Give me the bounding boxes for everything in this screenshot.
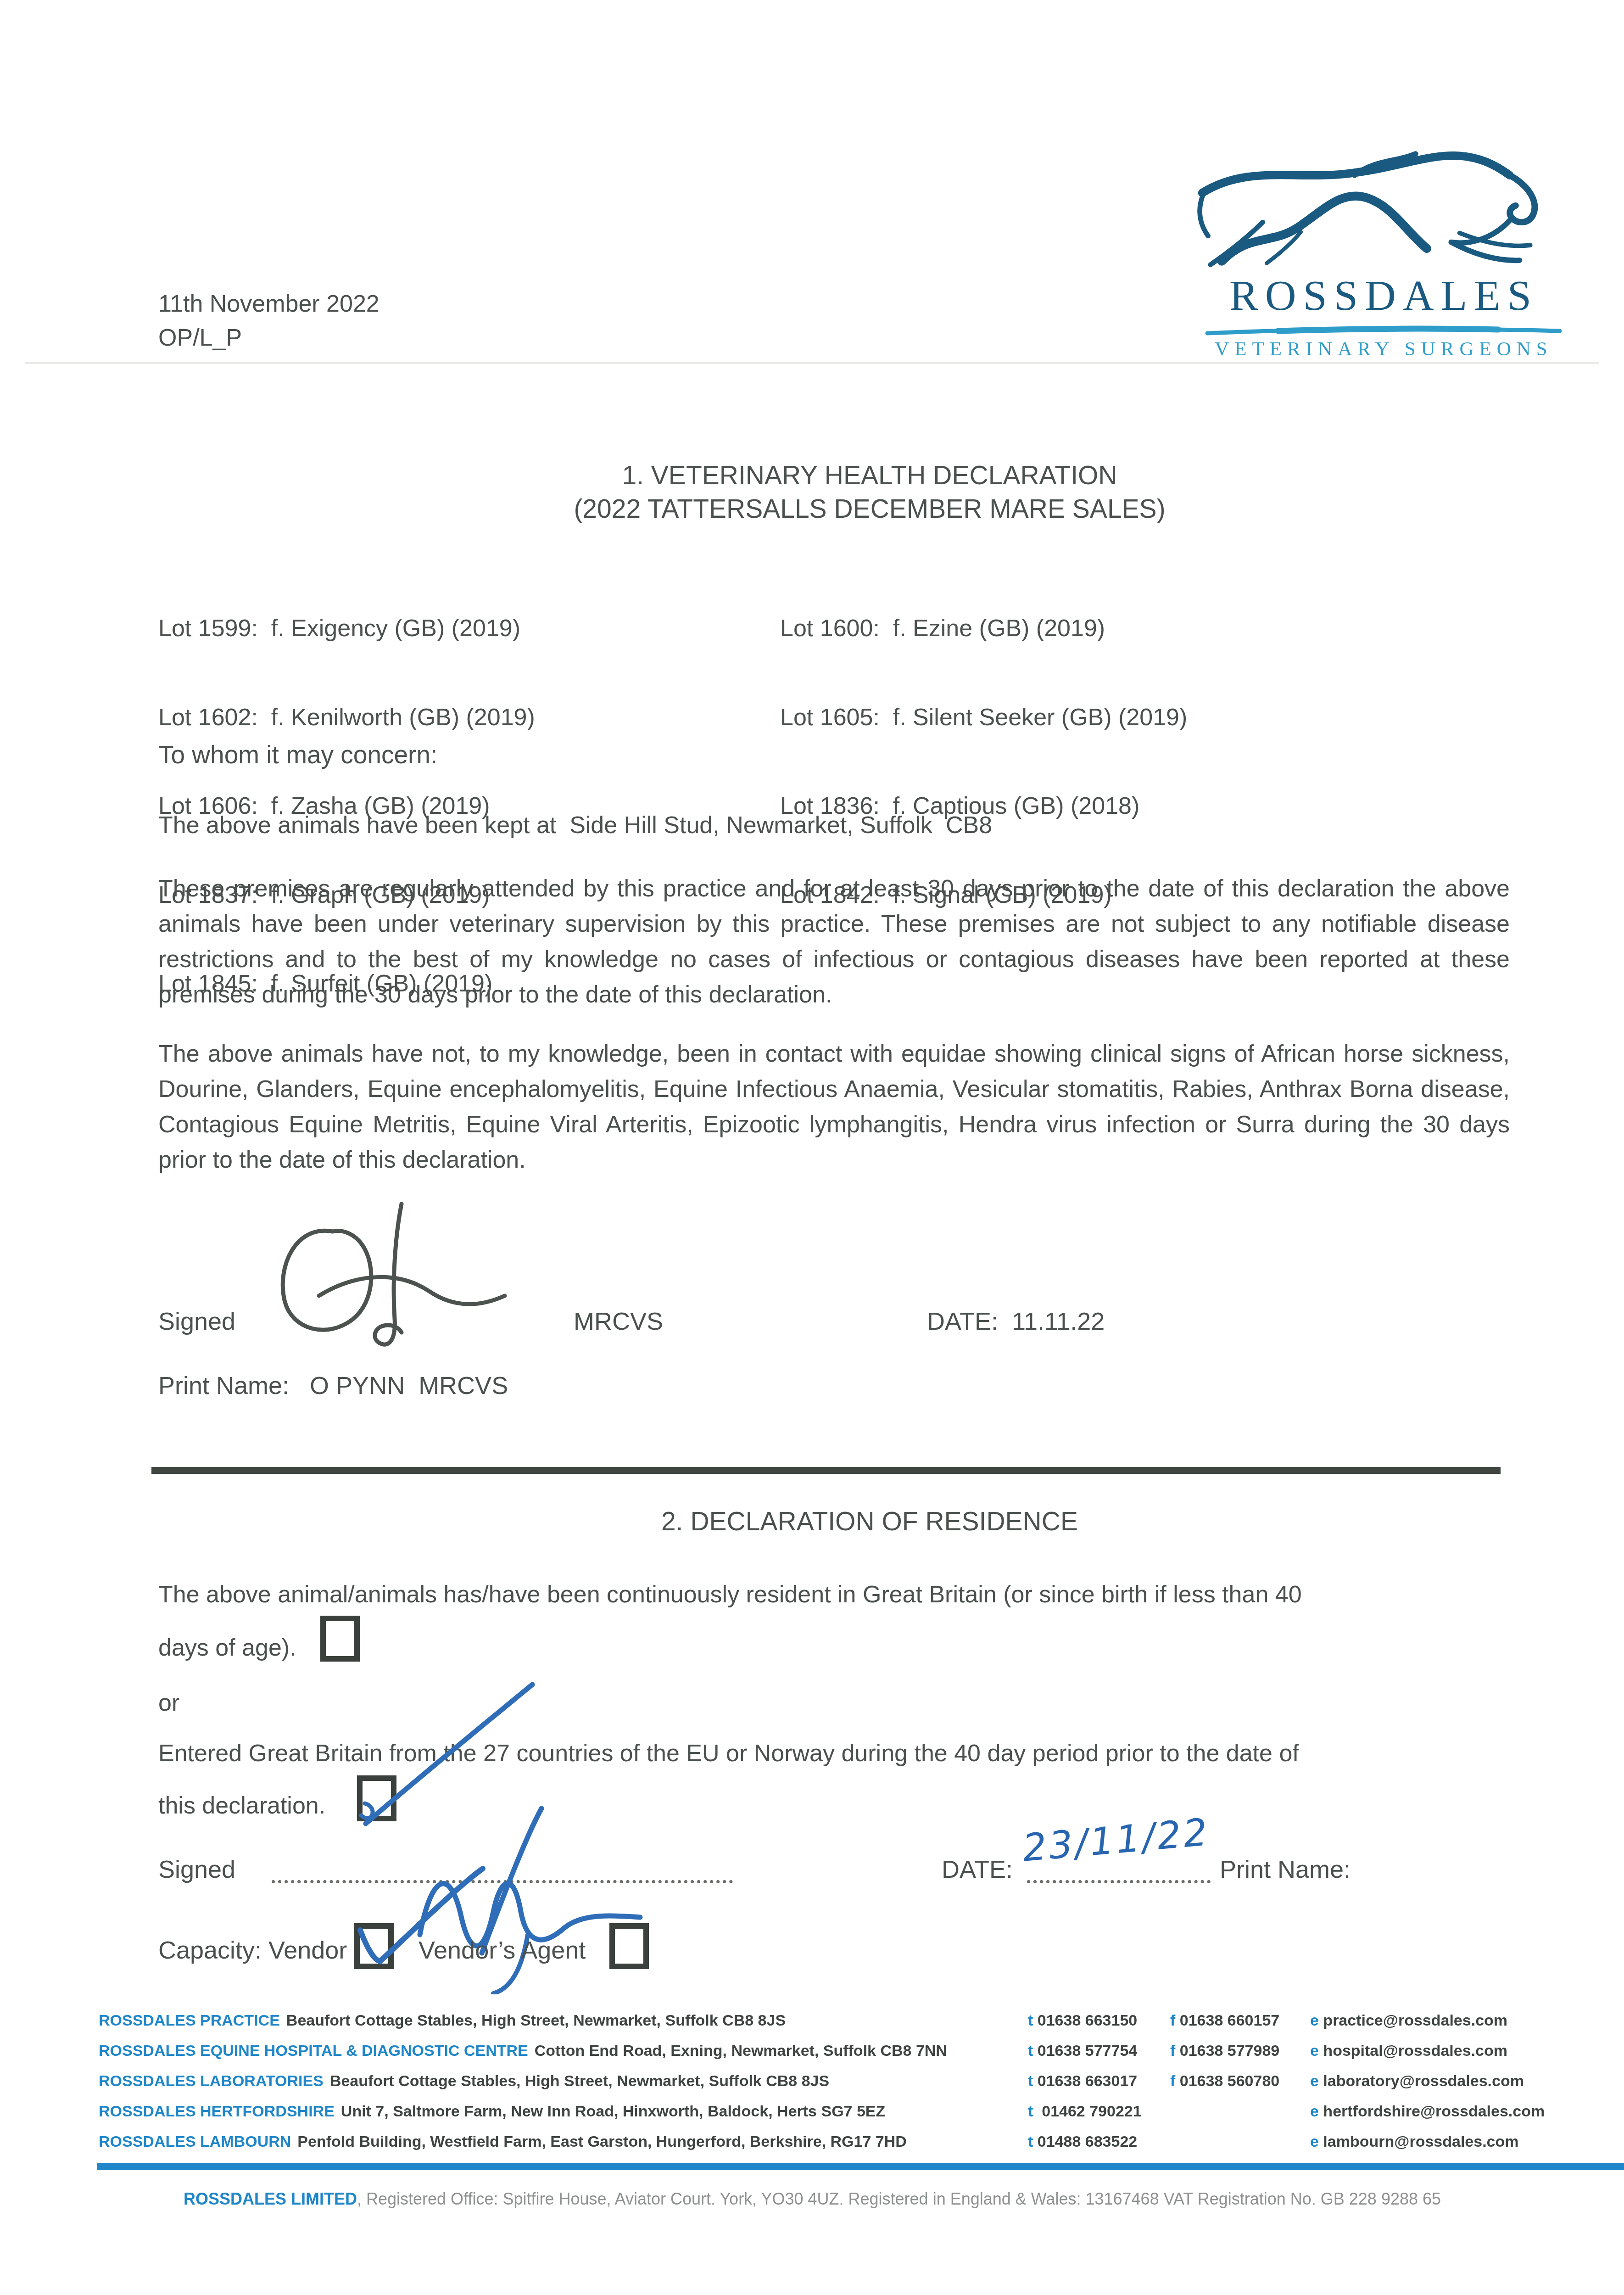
email-entry: e hospital@rossdales.com: [1310, 2042, 1507, 2060]
fax-number: 01638 560780: [1175, 2072, 1279, 2090]
email-address: hertfordshire@rossdales.com: [1319, 2103, 1545, 2120]
location-name: ROSSDALES LABORATORIES: [99, 2072, 324, 2090]
tel-prefix: t: [1028, 2133, 1033, 2150]
fax-entry: f 01638 577989: [1170, 2042, 1279, 2060]
kept-at-line: The above animals have been kept at Side…: [158, 812, 992, 839]
print-name-line: Print Name: O PYNN MRCVS: [158, 1371, 508, 1400]
fax-prefix: f: [1170, 2012, 1175, 2029]
fax-entry: f 01638 660157: [1170, 2012, 1279, 2030]
residence-option2-line2: this declaration.: [158, 1792, 325, 1819]
email-address: laboratory@rossdales.com: [1319, 2072, 1524, 2090]
section1-title: 1. VETERINARY HEALTH DECLARATION: [193, 460, 1546, 491]
phone-entry: t 01638 663150: [1028, 2012, 1137, 2030]
email-entry: e practice@rossdales.com: [1310, 2012, 1507, 2030]
tel-prefix: t: [1028, 2103, 1033, 2120]
tel-number: 01488 683522: [1033, 2133, 1137, 2150]
section-divider: [151, 1467, 1501, 1474]
fax-prefix: f: [1170, 2042, 1175, 2060]
letterhead-rule: [25, 362, 1599, 364]
signed-label-2: Signed: [158, 1855, 235, 1884]
tel-prefix: t: [1028, 2042, 1033, 2060]
location-name: ROSSDALES HERTFORDSHIRE: [99, 2103, 335, 2120]
letter-date: 11th November 2022: [158, 290, 379, 318]
lot-item: Lot 1605: f. Silent Seeker (GB) (2019): [780, 703, 1187, 733]
premises-paragraph: These premises are regularly attended by…: [158, 871, 1510, 1013]
email-prefix: e: [1310, 2072, 1319, 2090]
email-entry: e laboratory@rossdales.com: [1310, 2072, 1524, 2090]
email-entry: e hertfordshire@rossdales.com: [1310, 2103, 1545, 2121]
phone-entry: t 01488 683522: [1028, 2133, 1137, 2151]
location-name: ROSSDALES PRACTICE: [99, 2012, 280, 2029]
fax-number: 01638 660157: [1175, 2012, 1279, 2029]
fax-number: 01638 577989: [1175, 2042, 1279, 2060]
or-label: or: [158, 1689, 179, 1717]
agent-checkbox[interactable]: [609, 1923, 649, 1969]
email-prefix: e: [1310, 2103, 1319, 2120]
agent-label: Vendor’s Agent: [419, 1936, 586, 1965]
tel-number: 01462 790221: [1033, 2103, 1141, 2120]
email-prefix: e: [1310, 2042, 1319, 2060]
location-address: Cotton End Road, Exning, Newmarket, Suff…: [535, 2042, 947, 2060]
capacity-label: Capacity: Vendor: [158, 1936, 347, 1965]
signed-label: Signed: [158, 1307, 235, 1336]
reference-code: OP/L_P: [158, 324, 242, 352]
salutation: To whom it may concern:: [158, 740, 437, 769]
logo-tagline: VETERINARY SURGEONS: [1201, 338, 1566, 360]
residence-option1-line2: days of age).: [158, 1634, 296, 1662]
lot-item: Lot 1600: f. Ezine (GB) (2019): [780, 614, 1187, 644]
email-entry: e lambourn@rossdales.com: [1310, 2133, 1519, 2151]
registered-company-name: ROSSDALES LIMITED: [184, 2189, 357, 2208]
fax-entry: f 01638 560780: [1170, 2072, 1279, 2090]
email-prefix: e: [1310, 2012, 1319, 2029]
registered-line: ROSSDALES LIMITED, Registered Office: Sp…: [55, 2189, 1569, 2209]
tel-prefix: t: [1028, 2072, 1033, 2090]
footer-row: ROSSDALES LAMBOURNPenfold Building, West…: [99, 2133, 1624, 2151]
footer-row: ROSSDALES PRACTICEBeaufort Cottage Stabl…: [99, 2012, 1624, 2030]
mrcvs-label: MRCVS: [574, 1307, 663, 1336]
email-prefix: e: [1310, 2133, 1319, 2150]
registered-details: , Registered Office: Spitfire House, Avi…: [357, 2189, 1441, 2208]
email-address: hospital@rossdales.com: [1319, 2042, 1507, 2060]
tel-number: 01638 577754: [1033, 2042, 1137, 2060]
section1-subtitle: (2022 TATTERSALLS DECEMBER MARE SALES): [193, 494, 1546, 524]
handwritten-date: 23/11/22: [1021, 1810, 1211, 1870]
lot-item: Lot 1599: f. Exigency (GB) (2019): [158, 614, 535, 644]
date-label-2: DATE:: [942, 1855, 1013, 1884]
residence-checkbox-gb[interactable]: [320, 1616, 360, 1662]
footer-row: ROSSDALES HERTFORDSHIREUnit 7, Saltmore …: [99, 2103, 1624, 2121]
scanned-letter-page: 11th November 2022 OP/L_P ROSSDALES VETE…: [0, 0, 1624, 2295]
logo-wordmark: ROSSDALES: [1201, 271, 1566, 320]
location-address: Beaufort Cottage Stables, High Street, N…: [286, 2012, 786, 2029]
phone-entry: t 01462 790221: [1028, 2103, 1142, 2121]
tel-number: 01638 663150: [1033, 2012, 1137, 2029]
section2-title: 2. DECLARATION OF RESIDENCE: [193, 1506, 1546, 1537]
residence-option1-line1: The above animal/animals has/have been c…: [158, 1581, 1512, 1608]
date-dotted-line[interactable]: [1027, 1880, 1211, 1883]
email-address: lambourn@rossdales.com: [1319, 2133, 1519, 2150]
phone-entry: t 01638 577754: [1028, 2042, 1137, 2060]
location-name: ROSSDALES LAMBOURN: [99, 2133, 291, 2150]
email-address: practice@rossdales.com: [1319, 2012, 1507, 2029]
location-address: Beaufort Cottage Stables, High Street, N…: [330, 2072, 829, 2090]
date-value-line: DATE: 11.11.22: [927, 1307, 1105, 1336]
phone-entry: t 01638 663017: [1028, 2072, 1137, 2090]
location-name: ROSSDALES EQUINE HOSPITAL & DIAGNOSTIC C…: [99, 2042, 528, 2060]
tel-number: 01638 663017: [1033, 2072, 1137, 2090]
print-name-label-2: Print Name:: [1220, 1855, 1351, 1884]
logo-underline-icon: [1205, 325, 1563, 337]
footer-bar: [97, 2163, 1624, 2170]
tel-prefix: t: [1028, 2012, 1033, 2029]
contact-diseases-paragraph: The above animals have not, to my knowle…: [158, 1036, 1510, 1178]
vet-signature-image: [264, 1197, 512, 1349]
fax-prefix: f: [1170, 2072, 1175, 2090]
footer-row: ROSSDALES LABORATORIESBeaufort Cottage S…: [99, 2072, 1624, 2090]
location-address: Unit 7, Saltmore Farm, New Inn Road, Hin…: [341, 2103, 885, 2120]
horse-logo-icon: [1193, 145, 1565, 267]
lot-item: Lot 1602: f. Kenilworth (GB) (2019): [158, 703, 535, 733]
location-address: Penfold Building, Westfield Farm, East G…: [297, 2133, 907, 2150]
footer-row: ROSSDALES EQUINE HOSPITAL & DIAGNOSTIC C…: [99, 2042, 1624, 2060]
